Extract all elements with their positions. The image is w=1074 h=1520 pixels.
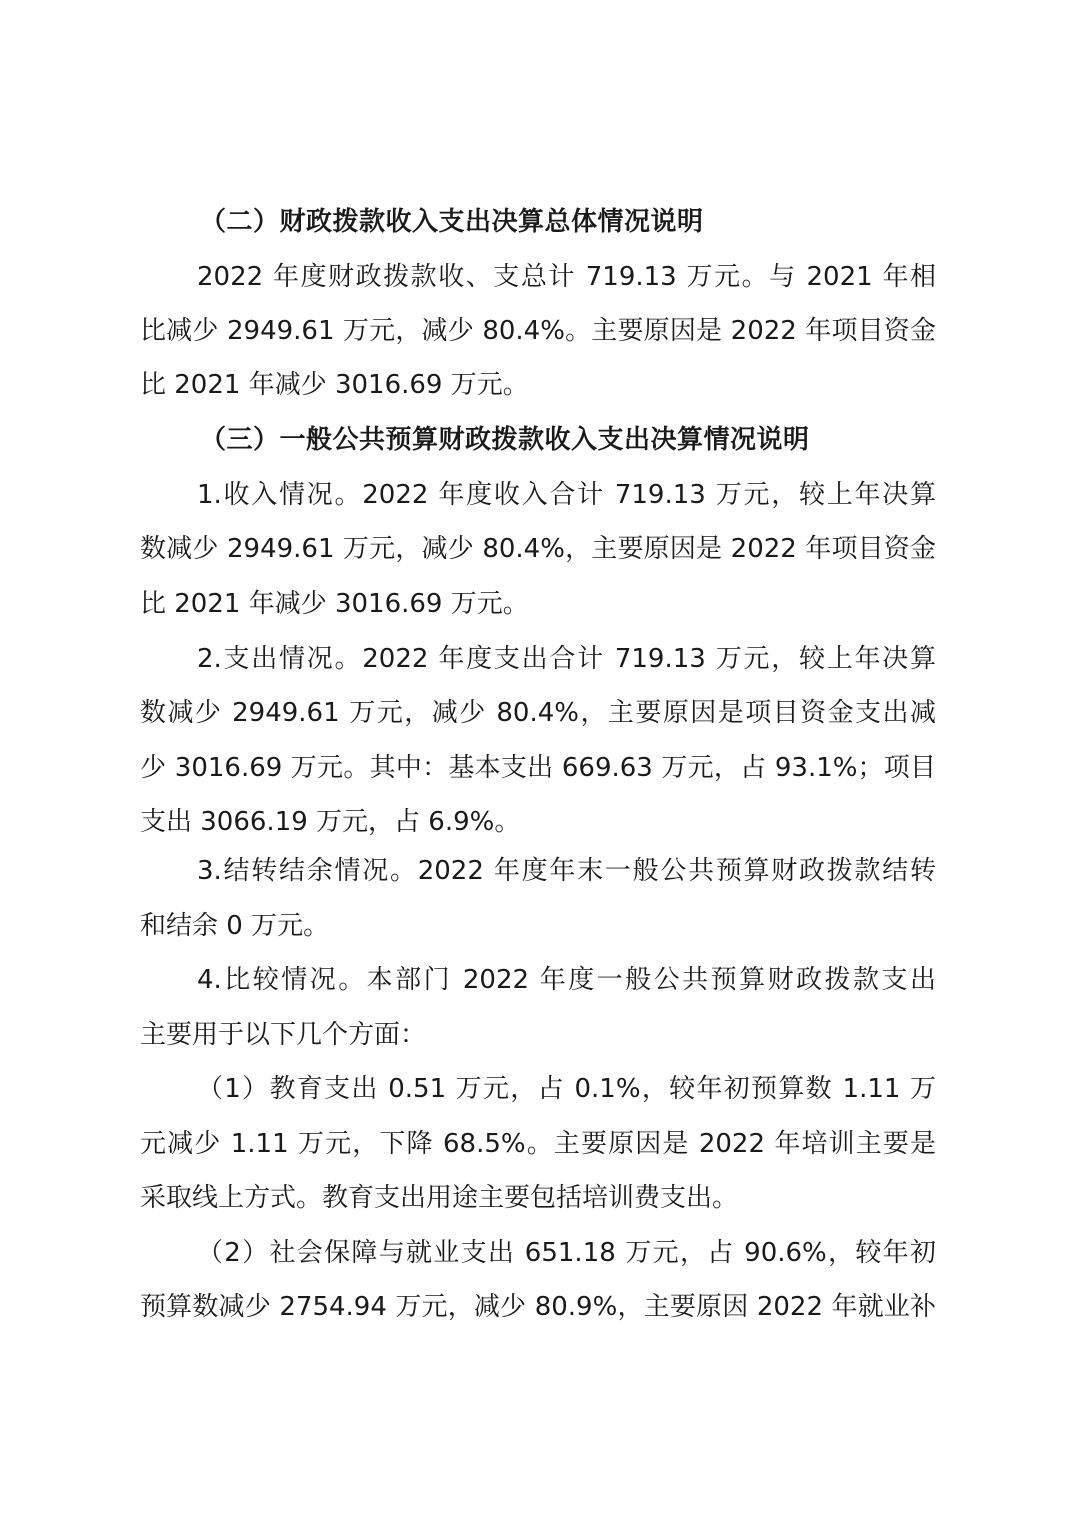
paragraph-line: （1）教育支出 0.51 万元，占 0.1%，较年初预算数 1.11 万 bbox=[197, 1069, 936, 1109]
paragraph-line: 主要用于以下几个方面： bbox=[140, 1015, 426, 1055]
paragraph-line: 3.结转结余情况。2022 年度年末一般公共预算财政拨款结转 bbox=[197, 851, 936, 891]
paragraph-line: 少 3016.69 万元。其中：基本支出 669.63 万元，占 93.1%；项… bbox=[140, 748, 936, 788]
paragraph-line: 比减少 2949.61 万元，减少 80.4%。主要原因是 2022 年项目资金 bbox=[140, 311, 936, 351]
paragraph-line: 2.支出情况。2022 年度支出合计 719.13 万元，较上年决算 bbox=[197, 639, 936, 679]
paragraph-line: 和结余 0 万元。 bbox=[140, 906, 329, 946]
paragraph-line: 2022 年度财政拨款收、支总计 719.13 万元。与 2021 年相 bbox=[197, 257, 936, 297]
section-heading-2: （二）财政拨款收入支出决算总体情况说明 bbox=[200, 202, 704, 242]
paragraph-line: 支出 3066.19 万元，占 6.9%。 bbox=[140, 802, 520, 842]
paragraph-line: 1.收入情况。2022 年度收入合计 719.13 万元，较上年决算 bbox=[197, 475, 936, 515]
paragraph-line: 比 2021 年减少 3016.69 万元。 bbox=[140, 365, 529, 405]
section-heading-3: （三）一般公共预算财政拨款收入支出决算情况说明 bbox=[200, 420, 810, 460]
paragraph-line: 数减少 2949.61 万元，减少 80.4%，主要原因是项目资金支出减 bbox=[140, 693, 936, 733]
paragraph-line: 预算数减少 2754.94 万元，减少 80.9%，主要原因 2022 年就业补 bbox=[140, 1287, 936, 1327]
document-page: （二）财政拨款收入支出决算总体情况说明 2022 年度财政拨款收、支总计 719… bbox=[0, 0, 1074, 1520]
paragraph-line: 比 2021 年减少 3016.69 万元。 bbox=[140, 584, 529, 624]
paragraph-line: 采取线上方式。教育支出用途主要包括培训费支出。 bbox=[140, 1178, 738, 1218]
paragraph-line: 4.比较情况。本部门 2022 年度一般公共预算财政拨款支出 bbox=[197, 960, 936, 1000]
paragraph-line: 元减少 1.11 万元，下降 68.5%。主要原因是 2022 年培训主要是 bbox=[140, 1124, 936, 1164]
paragraph-line: （2）社会保障与就业支出 651.18 万元，占 90.6%，较年初 bbox=[197, 1233, 936, 1273]
paragraph-line: 数减少 2949.61 万元，减少 80.4%，主要原因是 2022 年项目资金 bbox=[140, 529, 936, 569]
